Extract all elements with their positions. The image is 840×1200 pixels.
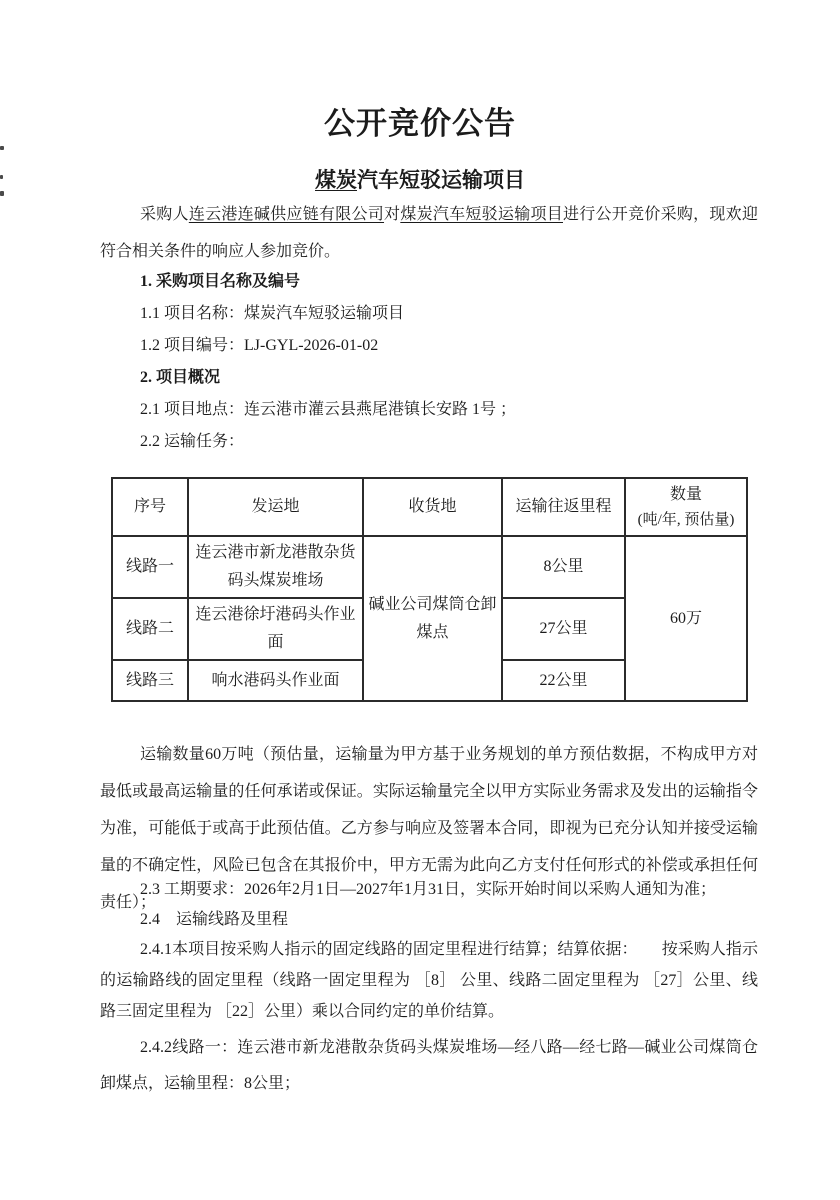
header-destination: 收货地	[363, 478, 502, 536]
section1-heading: 1. 采购项目名称及编号	[140, 270, 758, 294]
route3-seq: 线路三	[112, 660, 188, 701]
item-project-location: 2.1 项目地点：连云港市灌云县燕尾港镇长安路 1号 ；	[140, 398, 758, 422]
route2-distance: 27公里	[502, 598, 625, 660]
item-schedule: 2.3 工期要求：2026年2月1日—2027年1月31日，实际开始时间以采购人…	[140, 878, 758, 902]
route1-origin: 连云港市新龙港散杂货码头煤炭堆场	[188, 536, 363, 598]
header-quantity: 数量 (吨/年, 预估量)	[625, 478, 747, 536]
purchaser-name: 连云港连碱供应链有限公司	[189, 206, 384, 223]
route3-origin: 响水港码头作业面	[188, 660, 363, 701]
shared-quantity-cell: 60万	[625, 536, 747, 701]
route2-origin: 连云港徐圩港码头作业面	[188, 598, 363, 660]
route1-seq: 线路一	[112, 536, 188, 598]
project-subtitle: 煤炭汽车短驳运输项目	[0, 164, 840, 194]
route2-seq: 线路二	[112, 598, 188, 660]
header-seq: 序号	[112, 478, 188, 536]
header-origin: 发运地	[188, 478, 363, 536]
item-project-name: 1.1 项目名称：煤炭汽车短驳运输项目	[140, 302, 758, 326]
route1-distance: 8公里	[502, 536, 625, 598]
transport-routes-table: 序号 发运地 收货地 运输往返里程 数量 (吨/年, 预估量) 线路一 连云港市…	[111, 477, 748, 702]
table-header-row: 序号 发运地 收货地 运输往返里程 数量 (吨/年, 预估量)	[112, 478, 747, 536]
shared-destination-cell: 碱业公司煤筒仓卸煤点	[363, 536, 502, 701]
settlement-paragraph: 2.4.1本项目按采购人指示的固定线路的固定里程进行结算；结算依据： 按采购人指…	[100, 934, 758, 1027]
item-transport-task: 2.2 运输任务：	[140, 430, 758, 454]
intro-mid: 对	[384, 206, 400, 223]
item-project-number: 1.2 项目编号：LJ-GYL-2026-01-02	[140, 334, 758, 358]
section2-heading: 2. 项目概况	[140, 366, 758, 390]
subtitle-plain-part: 汽车短驳运输项目	[357, 168, 525, 192]
page-title: 公开竞价公告	[0, 98, 840, 143]
document-page: 公开竞价公告 煤炭汽车短驳运输项目 采购人连云港连碱供应链有限公司对煤炭汽车短驳…	[0, 0, 840, 1200]
item-routes-heading: 2.4 运输线路及里程	[140, 908, 758, 932]
route3-distance: 22公里	[502, 660, 625, 701]
header-distance: 运输往返里程	[502, 478, 625, 536]
intro-lead: 采购人	[140, 206, 189, 223]
table-row: 线路一 连云港市新龙港散杂货码头煤炭堆场 碱业公司煤筒仓卸煤点 8公里 60万	[112, 536, 747, 598]
header-quantity-line1: 数量	[629, 482, 743, 508]
scan-artifact	[0, 146, 4, 150]
intro-paragraph: 采购人连云港连碱供应链有限公司对煤炭汽车短驳运输项目进行公开竞价采购，现欢迎符合…	[100, 196, 758, 270]
header-quantity-line2: (吨/年, 预估量)	[629, 508, 743, 532]
route1-detail-paragraph: 2.4.2线路一：连云港市新龙港散杂货码头煤炭堆场—经八路—经七路—碱业公司煤筒…	[100, 1030, 758, 1102]
project-name: 煤炭汽车短驳运输项目	[400, 206, 563, 223]
subtitle-underlined-part: 煤炭	[315, 168, 357, 192]
